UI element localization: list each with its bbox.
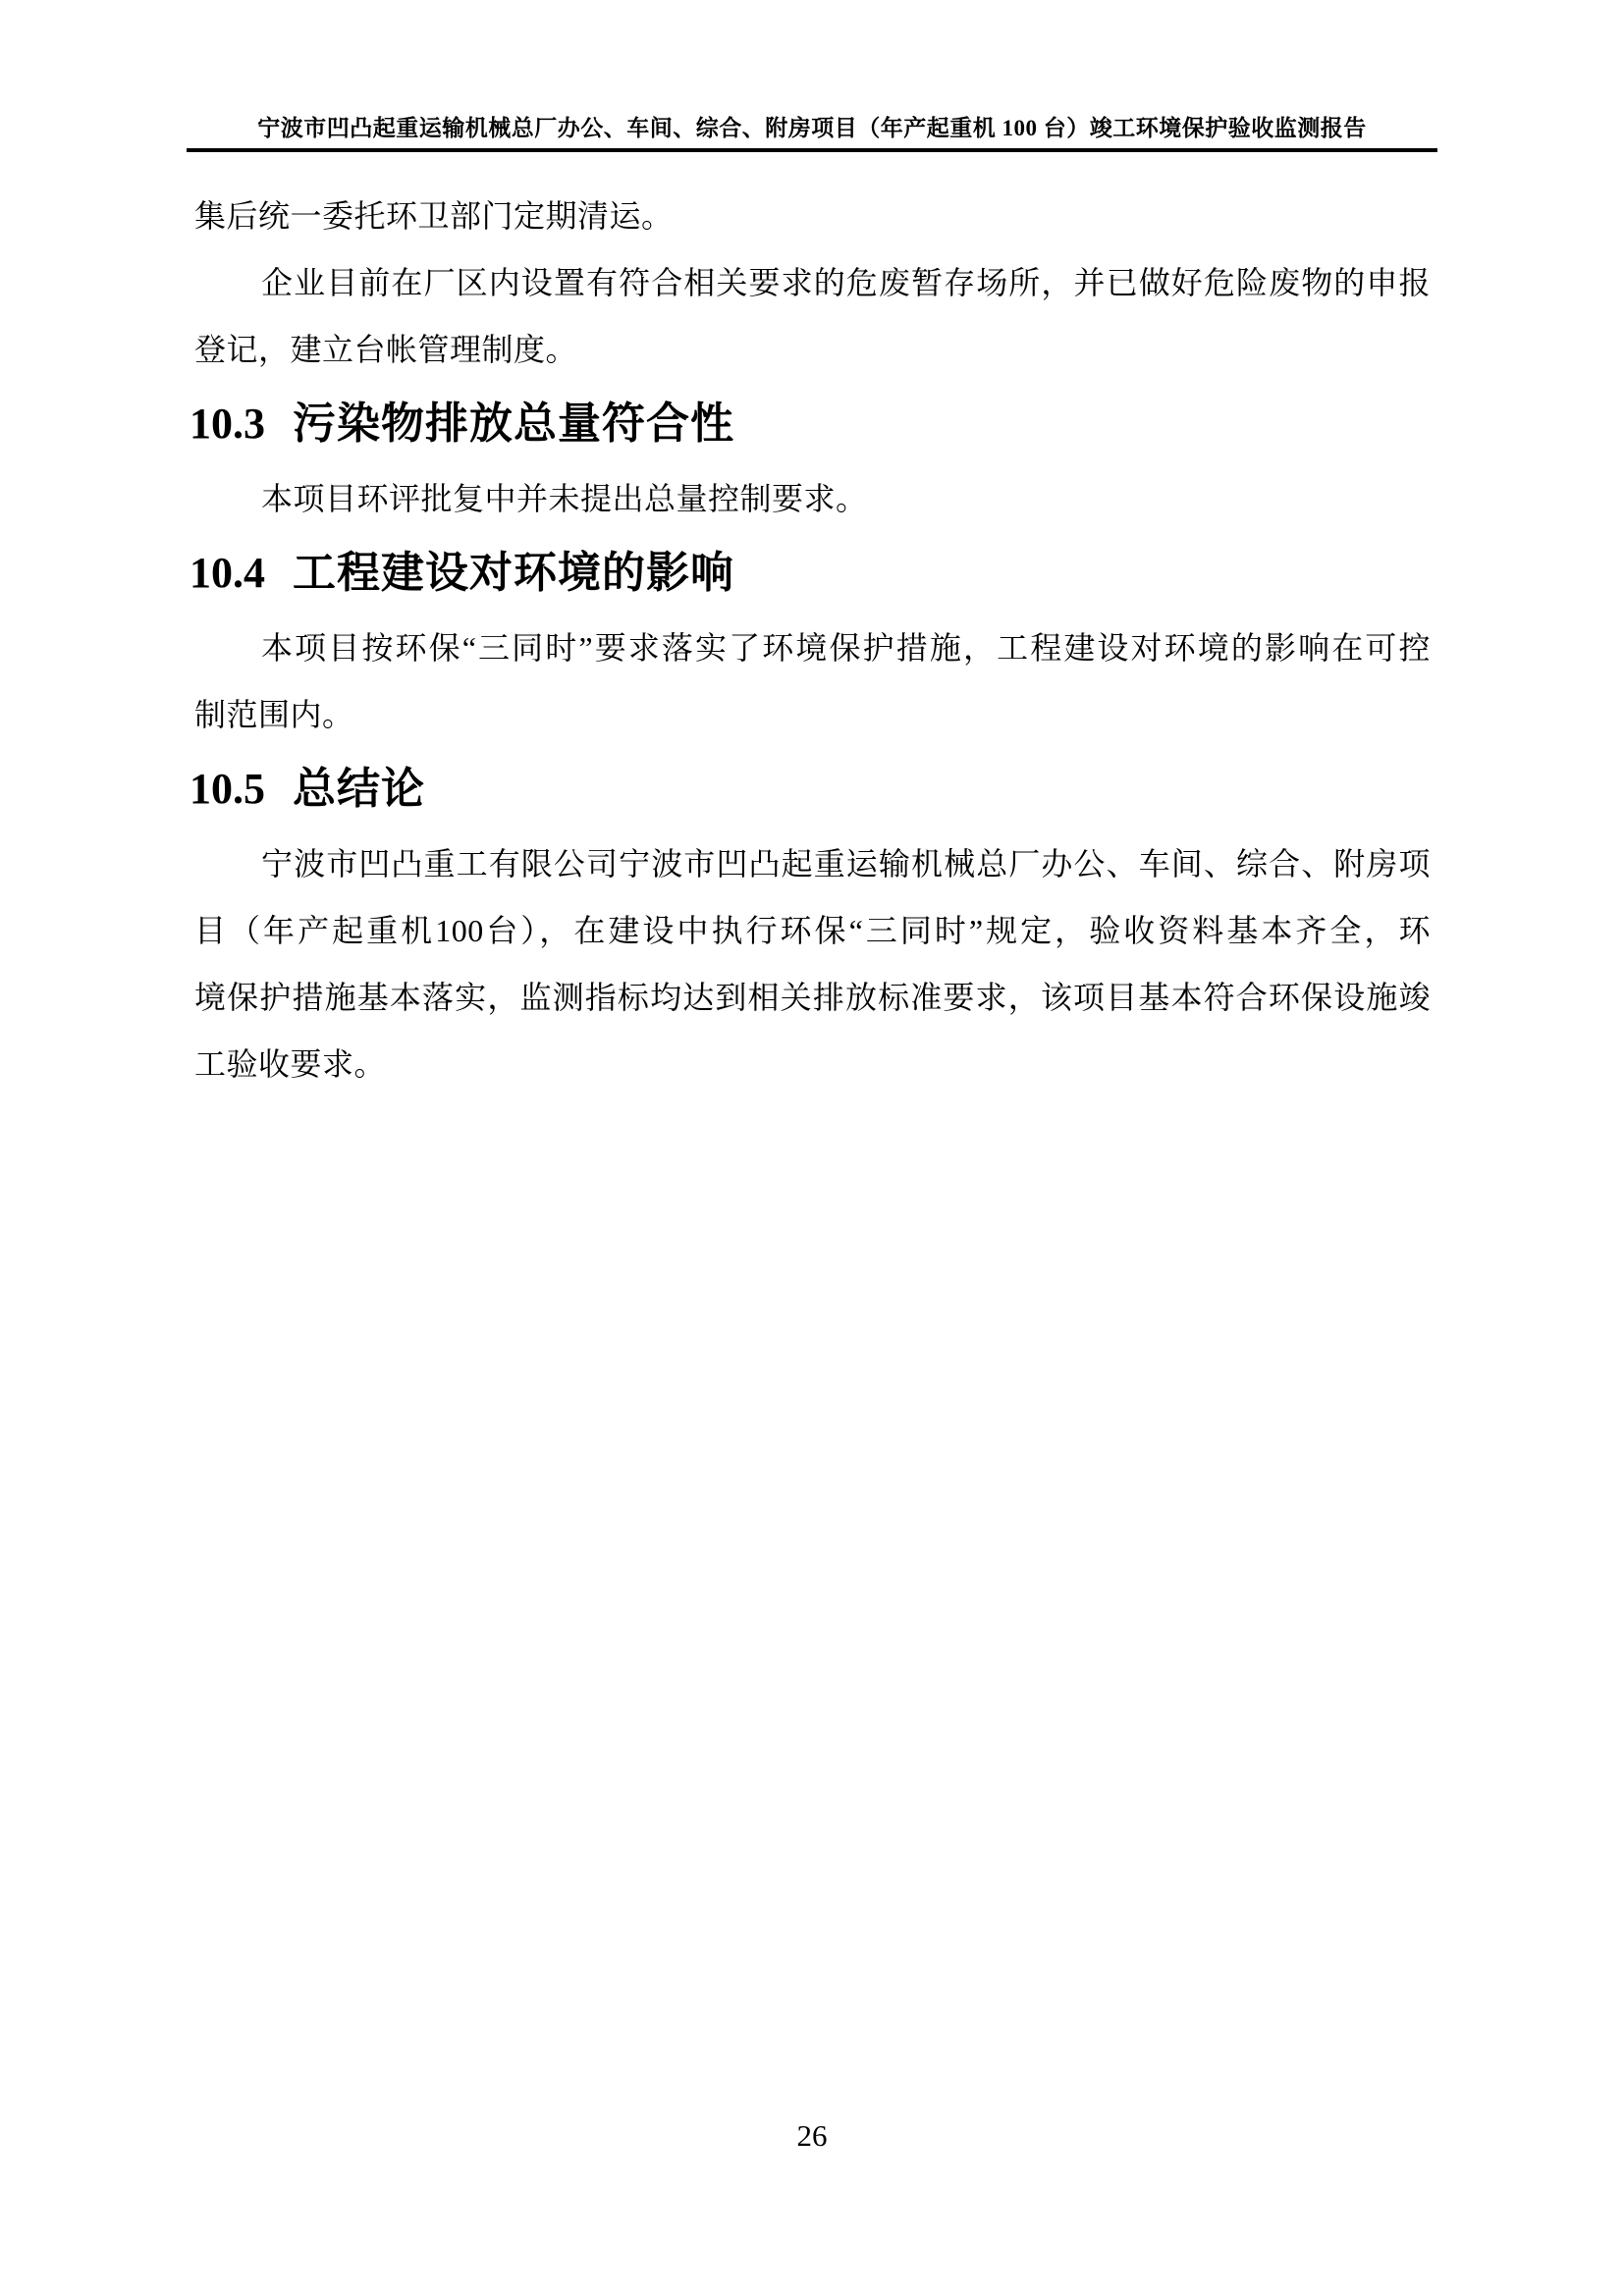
section-title: 污染物排放总量符合性 [293,400,734,448]
section-heading-10-3: 10.3污染物排放总量符合性 [189,391,1431,457]
paragraph-line: 登记，建立台帐管理制度。 [194,316,1431,383]
page-number: 26 [0,2116,1624,2156]
section-title: 工程建设对环境的影响 [293,549,734,597]
paragraph-line: 制范围内。 [194,681,1431,748]
document-page: 宁波市凹凸起重运输机械总厂办公、车间、综合、附房项目（年产起重机 100 台）竣… [0,0,1624,2296]
paragraph-line: 境保护措施基本落实，监测指标均达到相关排放标准要求，该项目基本符合环保设施竣 [194,964,1431,1031]
paragraph-line: 宁波市凹凸重工有限公司宁波市凹凸起重运输机械总厂办公、车间、综合、附房项 [194,830,1431,897]
header-rule [187,148,1437,152]
paragraph-line: 目（年产起重机100台），在建设中执行环保“三同时”规定，验收资料基本齐全，环 [194,897,1431,964]
document-body: 集后统一委托环卫部门定期清运。 企业目前在厂区内设置有符合相关要求的危废暂存场所… [194,183,1431,1097]
section-number: 10.3 [189,400,265,448]
paragraph-line: 企业目前在厂区内设置有符合相关要求的危废暂存场所，并已做好危险废物的申报 [194,249,1431,316]
running-header-title: 宁波市凹凸起重运输机械总厂办公、车间、综合、附房项目（年产起重机 100 台）竣… [187,114,1437,143]
section-heading-10-4: 10.4工程建设对环境的影响 [189,540,1431,607]
paragraph-line: 工验收要求。 [194,1031,1431,1097]
paragraph-line: 集后统一委托环卫部门定期清运。 [194,183,1431,249]
section-title: 总结论 [293,765,425,813]
paragraph-line: 本项目按环保“三同时”要求落实了环境保护措施，工程建设对环境的影响在可控 [194,614,1431,681]
section-number: 10.5 [189,765,265,813]
section-heading-10-5: 10.5总结论 [189,756,1431,823]
section-number: 10.4 [189,549,265,597]
paragraph-line: 本项目环评批复中并未提出总量控制要求。 [194,465,1431,532]
